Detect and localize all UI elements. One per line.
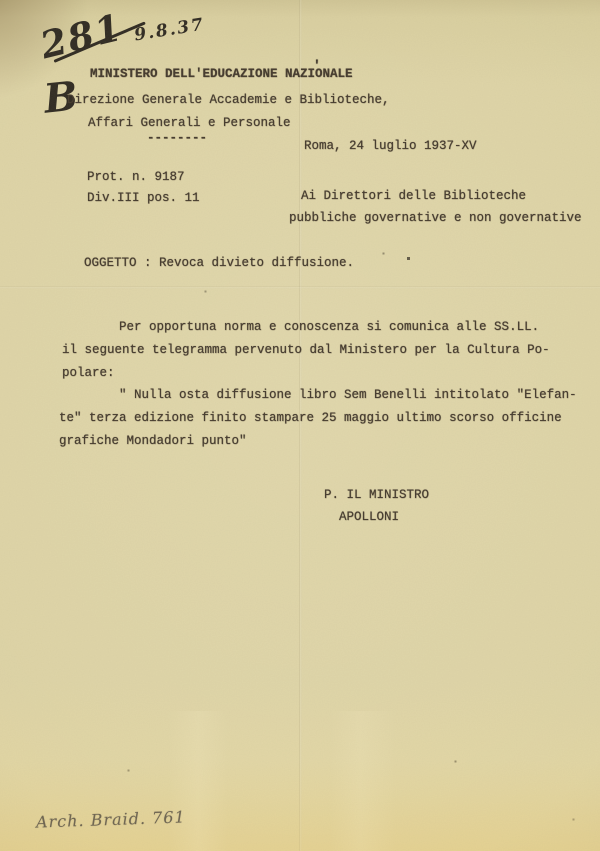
- telegram-line-2: te" terza edizione finito stampare 25 ma…: [59, 411, 562, 425]
- body-line-3: polare:: [62, 366, 115, 380]
- handwritten-date: 9.8.37: [133, 15, 206, 46]
- ink-specks: [0, 0, 1, 1]
- body-line-1: Per opportuna norma e conoscenza si comu…: [119, 320, 539, 334]
- recipient-line-1: Ai Direttori delle Biblioteche: [301, 189, 526, 203]
- direction-line: Direzione Generale Accademie e Bibliotec…: [67, 93, 390, 107]
- division-line: Div.III pos. 11: [87, 191, 200, 205]
- telegram-line-1: " Nulla osta diffusione libro Sem Benell…: [119, 388, 577, 402]
- handwritten-archive-note: Arch. Braid. 761: [36, 807, 186, 831]
- signature-role-line: P. IL MINISTRO: [324, 488, 429, 502]
- bottom-paper-streaks: [0, 711, 600, 851]
- divider-dashes: --------: [147, 131, 207, 145]
- body-line-2: il seguente telegramma pervenuto dal Min…: [62, 343, 550, 357]
- horizontal-fold-line: [0, 286, 600, 289]
- letter-page: 281 9.8.37 B MINISTERO DELL'EDUCAZIONE N…: [0, 0, 600, 851]
- place-date-line: Roma, 24 luglio 1937-XV: [304, 139, 477, 153]
- protocol-number-line: Prot. n. 9187: [87, 170, 185, 184]
- recipient-line-2: pubbliche governative e non governative: [289, 211, 582, 225]
- subject-line: OGGETTO : Revoca divieto diffusione.: [84, 256, 354, 270]
- vertical-fold-line: [299, 0, 302, 851]
- stray-overstrike-mark: ': [313, 58, 316, 68]
- telegram-line-3: grafiche Mondadori punto": [59, 434, 247, 448]
- signature-name-line: APOLLONI: [339, 510, 399, 524]
- office-line: Affari Generali e Personale: [88, 116, 291, 130]
